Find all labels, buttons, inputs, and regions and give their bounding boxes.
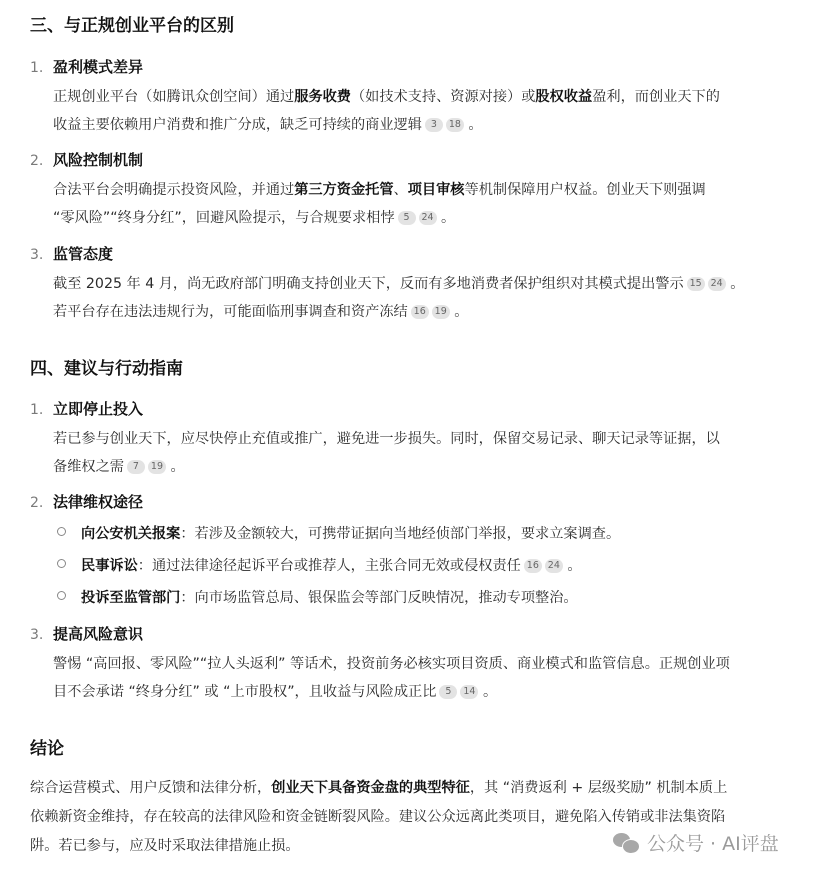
paragraph: 正规创业平台（如腾讯众创空间）通过服务收费（如技术支持、资源对接）或股权收益盈利…	[53, 83, 823, 139]
watermark-text: 公众号 · AI评盘	[647, 829, 779, 856]
citation-badge[interactable]: 5	[439, 685, 457, 699]
paragraph: 合法平台会明确提示投资风险，并通过第三方资金托管、项目审核等机制保障用户权益。创…	[53, 176, 823, 232]
list-item-heading: 3.提高风险意识	[30, 622, 143, 647]
citation-badge[interactable]: 5	[398, 211, 416, 225]
section-heading-4: 四、建议与行动指南	[30, 356, 183, 382]
bullet-circle-icon	[57, 527, 66, 536]
citation-badge[interactable]: 19	[432, 305, 450, 319]
citation-badge[interactable]: 3	[425, 118, 443, 132]
citation-badge[interactable]: 14	[460, 685, 478, 699]
list-item-heading: 3.监管态度	[30, 242, 113, 267]
conclusion-heading: 结论	[30, 736, 64, 762]
list-item-title: 风险控制机制	[53, 151, 143, 169]
citation-badge[interactable]: 7	[127, 460, 145, 474]
bullet-circle-icon	[57, 559, 66, 568]
wechat-icon	[613, 832, 641, 854]
citation-badge[interactable]: 15	[687, 277, 705, 291]
bullet-circle-icon	[57, 591, 66, 600]
list-item-heading: 1.立即停止投入	[30, 397, 143, 422]
list-item-heading: 2.法律维权途径	[30, 490, 143, 515]
list-number: 2.	[30, 491, 53, 515]
citation-badge[interactable]: 19	[148, 460, 166, 474]
citation-badge[interactable]: 18	[446, 118, 464, 132]
watermark: 公众号 · AI评盘	[613, 829, 779, 856]
section-heading-3: 三、与正规创业平台的区别	[30, 13, 234, 39]
list-item-heading: 2.风险控制机制	[30, 148, 143, 173]
list-item-title: 立即停止投入	[53, 400, 143, 418]
citation-badge[interactable]: 16	[524, 559, 542, 573]
list-item-title: 提高风险意识	[53, 625, 143, 643]
list-number: 2.	[30, 149, 53, 173]
bullet-item: 投诉至监管部门：向市场监管总局、银保监会等部门反映情况，推动专项整治。	[53, 584, 823, 612]
paragraph: 若已参与创业天下，应尽快停止充值或推广，避免进一步损失。同时，保留交易记录、聊天…	[53, 425, 823, 481]
bullet-item: 向公安机关报案：若涉及金额较大，可携带证据向当地经侦部门举报，要求立案调查。	[53, 520, 823, 548]
list-item-heading: 1.盈利模式差异	[30, 55, 143, 80]
list-number: 1.	[30, 398, 53, 422]
list-item-title: 法律维权途径	[53, 493, 143, 511]
list-number: 1.	[30, 56, 53, 80]
citation-badge[interactable]: 24	[545, 559, 563, 573]
list-item-title: 盈利模式差异	[53, 58, 143, 76]
citation-badge[interactable]: 24	[708, 277, 726, 291]
list-number: 3.	[30, 243, 53, 267]
citation-badge[interactable]: 24	[419, 211, 437, 225]
list-number: 3.	[30, 623, 53, 647]
paragraph: 截至 2025 年 4 月，尚无政府部门明确支持创业天下，反而有多地消费者保护组…	[53, 270, 823, 326]
paragraph: 警惕 “高回报、零风险”“拉人头返利” 等话术，投资前务必核实项目资质、商业模式…	[53, 650, 823, 706]
bullet-item: 民事诉讼：通过法律途径起诉平台或推荐人，主张合同无效或侵权责任1624 。	[53, 552, 823, 580]
citation-badge[interactable]: 16	[411, 305, 429, 319]
list-item-title: 监管态度	[53, 245, 113, 263]
